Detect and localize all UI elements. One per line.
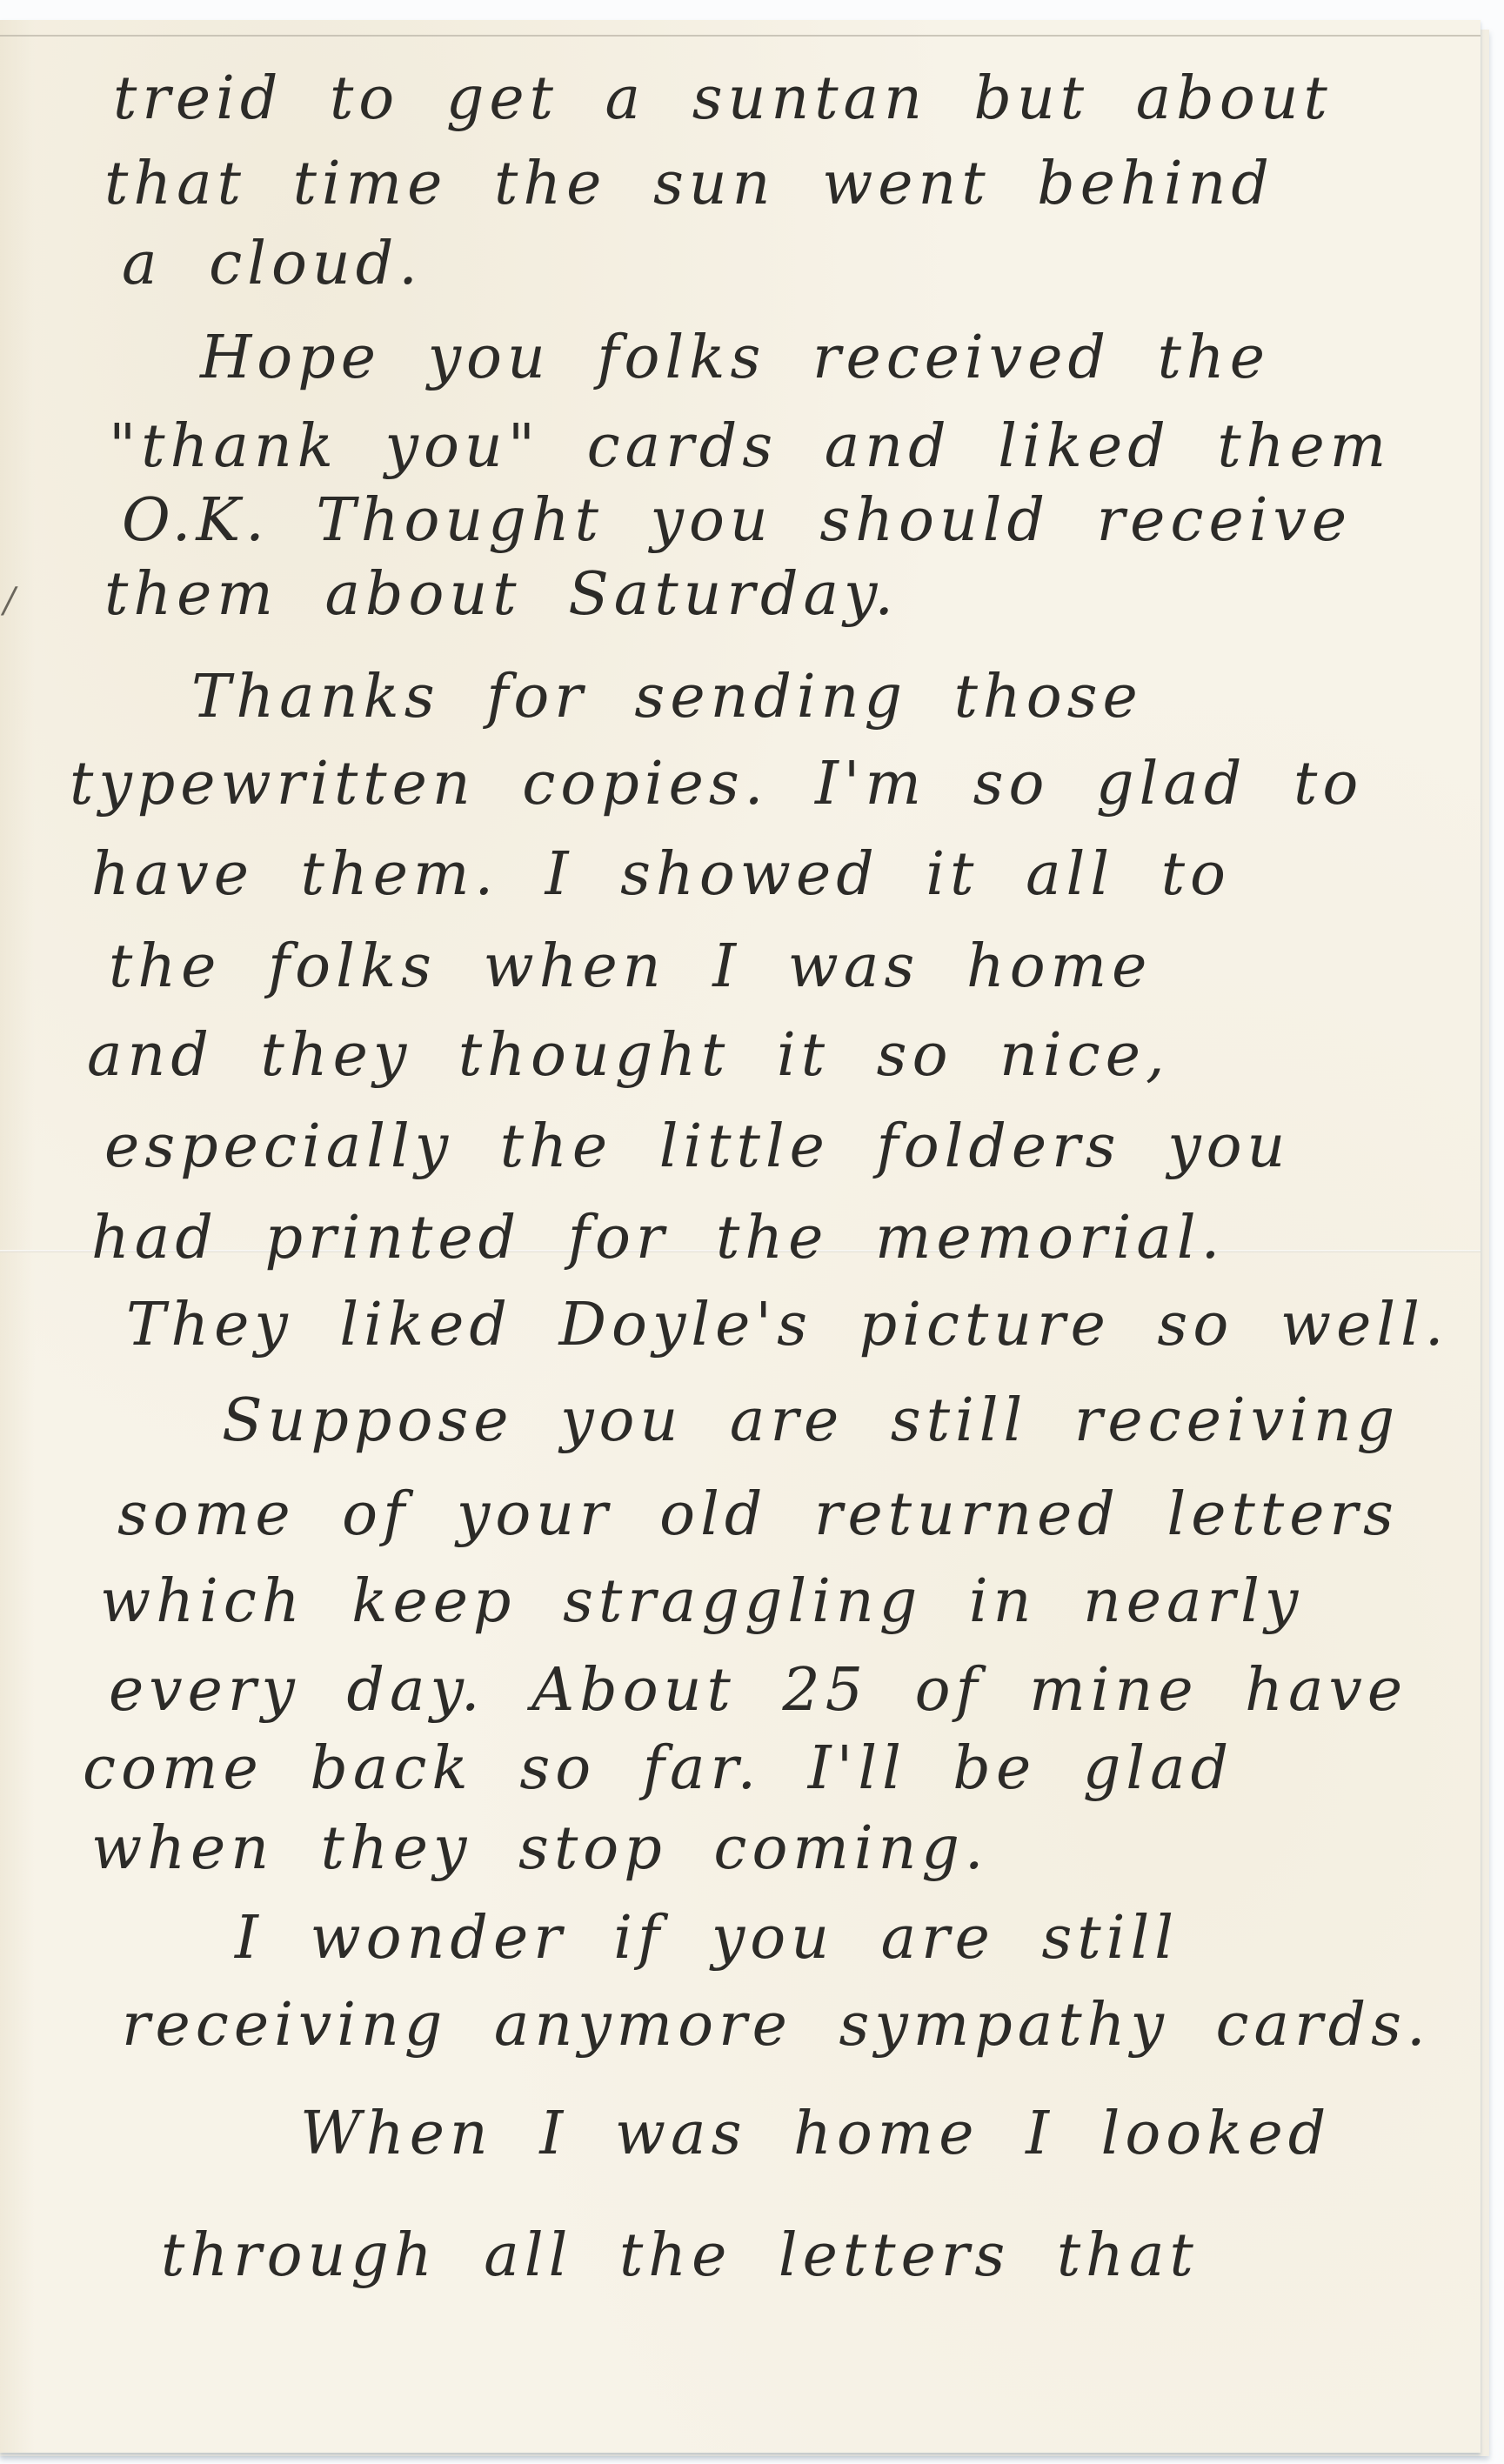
scanned-letter: / treid to get a suntan but about that t… [0,0,1504,2464]
letter-line: O.K. Thought you should receive [122,491,1352,551]
letter-line: They liked Doyle's picture so well. [126,1296,1448,1355]
letter-line: Hope you folks received the [200,329,1270,388]
letter-line: that time the sun went behind [104,155,1274,214]
letter-line: When I was home I looked [300,2105,1331,2164]
letter-line: I wonder if you are still [235,1909,1179,1968]
letter-line: Suppose you are still receiving [222,1392,1400,1451]
letter-line: treid to get a suntan but about [113,70,1333,129]
letter-line: have them. I showed it all to [91,845,1231,905]
letter-page: / treid to get a suntan but about that t… [0,20,1481,2453]
letter-line: the folks when I was home [109,938,1152,997]
letter-line: which keep straggling in nearly [100,1573,1303,1632]
letter-line: had printed for the memorial. [91,1209,1225,1268]
top-edge-crease [0,35,1481,37]
letter-line: come back so far. I'll be glad [83,1739,1233,1799]
letter-line: and they thought it so nice, [87,1026,1170,1085]
letter-line: every day. About 25 of mine have [109,1661,1407,1720]
letter-line: typewritten copies. I'm so glad to [70,755,1363,814]
letter-line: a cloud. [122,235,423,294]
margin-mark: / [3,581,15,621]
letter-line: Thanks for sending those [191,668,1143,727]
letter-line: through all the letters that [161,2227,1199,2286]
letter-line: when they stop coming. [91,1820,989,1879]
letter-line: receiving anymore sympathy cards. [122,1996,1431,2055]
letter-line: them about Saturday. [104,565,899,624]
letter-line: "thank you" cards and liked them [109,417,1391,477]
letter-line: especially the little folders you [104,1118,1290,1177]
letter-line: some of your old returned letters [117,1486,1399,1545]
